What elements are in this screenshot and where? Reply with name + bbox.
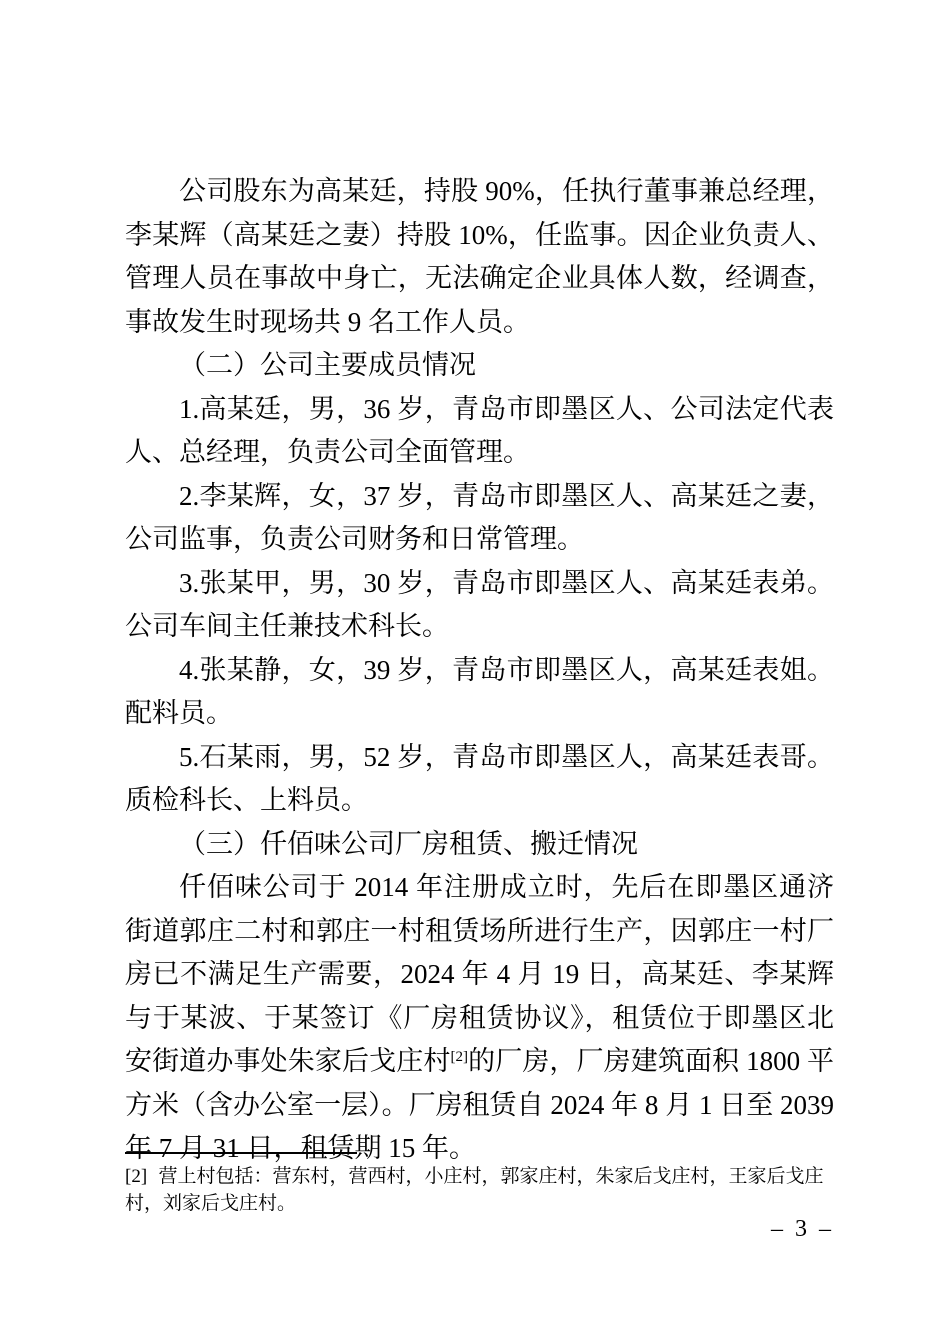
footnote-separator (125, 1152, 357, 1154)
document-page: 公司股东为高某廷，持股 90%，任执行董事兼总经理，李某辉（高某廷之妻）持股 1… (0, 0, 950, 1344)
page-number: – 3 – (771, 1216, 834, 1243)
footnote-text: 营上村包括：营东村，营西村，小庄村，郭家庄村，朱家后戈庄村，王家后戈庄村，刘家后… (125, 1166, 824, 1214)
section-heading-3: （三）仟佰味公司厂房租赁、搬迁情况 (125, 823, 834, 867)
footnote-marker: [2] (125, 1166, 147, 1187)
section-heading-2: （二）公司主要成员情况 (125, 344, 834, 388)
footnote-reference-2: [2] (450, 1049, 468, 1065)
member-item-2: 2.李某辉，女，37 岁，青岛市即墨区人、高某廷之妻，公司监事，负责公司财务和日… (125, 475, 834, 562)
footnote-area: [2]营上村包括：营东村，营西村，小庄村，郭家庄村，朱家后戈庄村，王家后戈庄村，… (125, 1152, 834, 1217)
paragraph-shareholders: 公司股东为高某廷，持股 90%，任执行董事兼总经理，李某辉（高某廷之妻）持股 1… (125, 170, 834, 344)
member-item-1: 1.高某廷，男，36 岁，青岛市即墨区人、公司法定代表人、总经理，负责公司全面管… (125, 388, 834, 475)
footnote-2: [2]营上村包括：营东村，营西村，小庄村，郭家庄村，朱家后戈庄村，王家后戈庄村，… (125, 1163, 834, 1217)
paragraph-lease: 仟佰味公司于 2014 年注册成立时，先后在即墨区通济街道郭庄二村和郭庄一村租赁… (125, 866, 834, 1171)
document-body: 公司股东为高某廷，持股 90%，任执行董事兼总经理，李某辉（高某廷之妻）持股 1… (125, 170, 834, 1171)
member-item-5: 5.石某雨，男，52 岁，青岛市即墨区人，高某廷表哥。质检科长、上料员。 (125, 736, 834, 823)
member-item-3: 3.张某甲，男，30 岁，青岛市即墨区人、高某廷表弟。公司车间主任兼技术科长。 (125, 562, 834, 649)
member-item-4: 4.张某静，女，39 岁，青岛市即墨区人，高某廷表姐。配料员。 (125, 649, 834, 736)
